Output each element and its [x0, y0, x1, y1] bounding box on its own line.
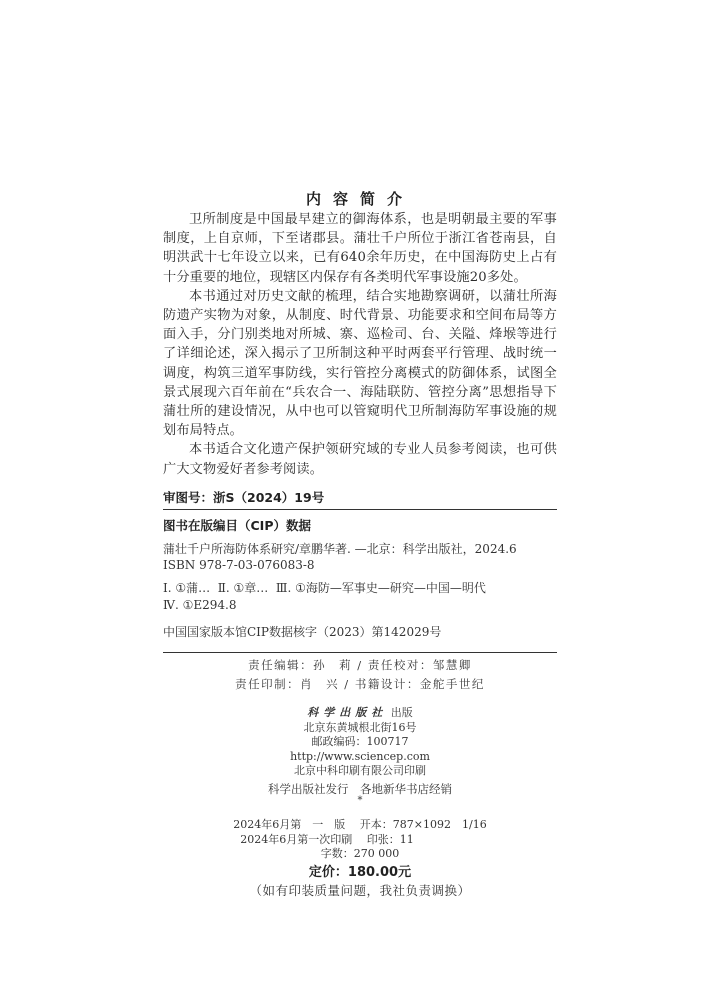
- impression-line: 2024年6月第一次印刷 印张：11: [163, 833, 557, 848]
- publisher-address: 北京东黄城根北街16号: [163, 721, 557, 736]
- cip-verification: 中国国家版本馆CIP数据核字（2023）第142029号: [163, 624, 441, 640]
- cip-heading: 图书在版编目（CIP）数据: [163, 516, 311, 534]
- summary-paragraph-1: 卫所制度是中国最早建立的御海体系，也是明朝最主要的军事制度，上自京师，下至诸郡县…: [163, 210, 557, 287]
- summary-paragraph-2: 本书通过对历史文献的梳理，结合实地勘察调研，以蒲壮所海防遗产实物为对象，从制度、…: [163, 287, 557, 441]
- map-review-number: 审图号：浙S（2024）19号: [163, 488, 324, 506]
- production-credits: 责任印制：肖 兴 / 书籍设计：金舵手世纪: [163, 676, 557, 692]
- divider-top: [163, 509, 557, 510]
- cip-classification-1: Ⅰ. ①蒲… Ⅱ. ①章… Ⅲ. ①海防—军事史—研究—中国—明代: [163, 580, 486, 596]
- publisher-suffix: 出版: [391, 706, 413, 719]
- word-count: 字数：270 000: [163, 847, 557, 862]
- editor-credits: 责任编辑：孙 莉 / 责任校对：邹慧卿: [163, 657, 557, 673]
- publisher-line: 科学出版社 出版: [163, 706, 557, 721]
- publisher-block: 科学出版社 出版 北京东黄城根北街16号 邮政编码：100717 http://…: [163, 706, 557, 806]
- publisher-website[interactable]: http://www.sciencep.com: [163, 750, 557, 765]
- publisher-logo: 科学出版社: [307, 706, 387, 719]
- printing-info: 2024年6月第 一 版 开本：787×1092 1/16 2024年6月第一次…: [163, 818, 557, 900]
- publisher-postcode: 邮政编码：100717: [163, 735, 557, 750]
- price: 定价：180.00元: [163, 863, 557, 882]
- edition-line: 2024年6月第 一 版 开本：787×1092 1/16: [163, 818, 557, 833]
- summary-title: 内容简介: [163, 188, 557, 209]
- cip-classification-2: Ⅳ. ①E294.8: [163, 597, 237, 613]
- printer-name: 北京中科印刷有限公司印刷: [163, 764, 557, 779]
- quality-notice: （如有印装质量问题，我社负责调换）: [163, 882, 557, 900]
- summary-paragraph-3: 本书适合文化遗产保护领研究域的专业人员参考阅读，也可供广大文物爱好者参考阅读。: [163, 440, 557, 478]
- summary-body: 卫所制度是中国最早建立的御海体系，也是明朝最主要的军事制度，上自京师，下至诸郡县…: [163, 210, 557, 479]
- cip-title-line: 蒲壮千户所海防体系研究/章鹏华著. —北京：科学出版社，2024.6: [163, 541, 517, 557]
- distribution-line: 科学出版社发行 各地新华书店经销: [163, 782, 557, 797]
- separator-star: *: [163, 796, 557, 806]
- divider-bottom: [163, 652, 557, 653]
- cip-isbn: ISBN 978-7-03-076083-8: [163, 557, 315, 573]
